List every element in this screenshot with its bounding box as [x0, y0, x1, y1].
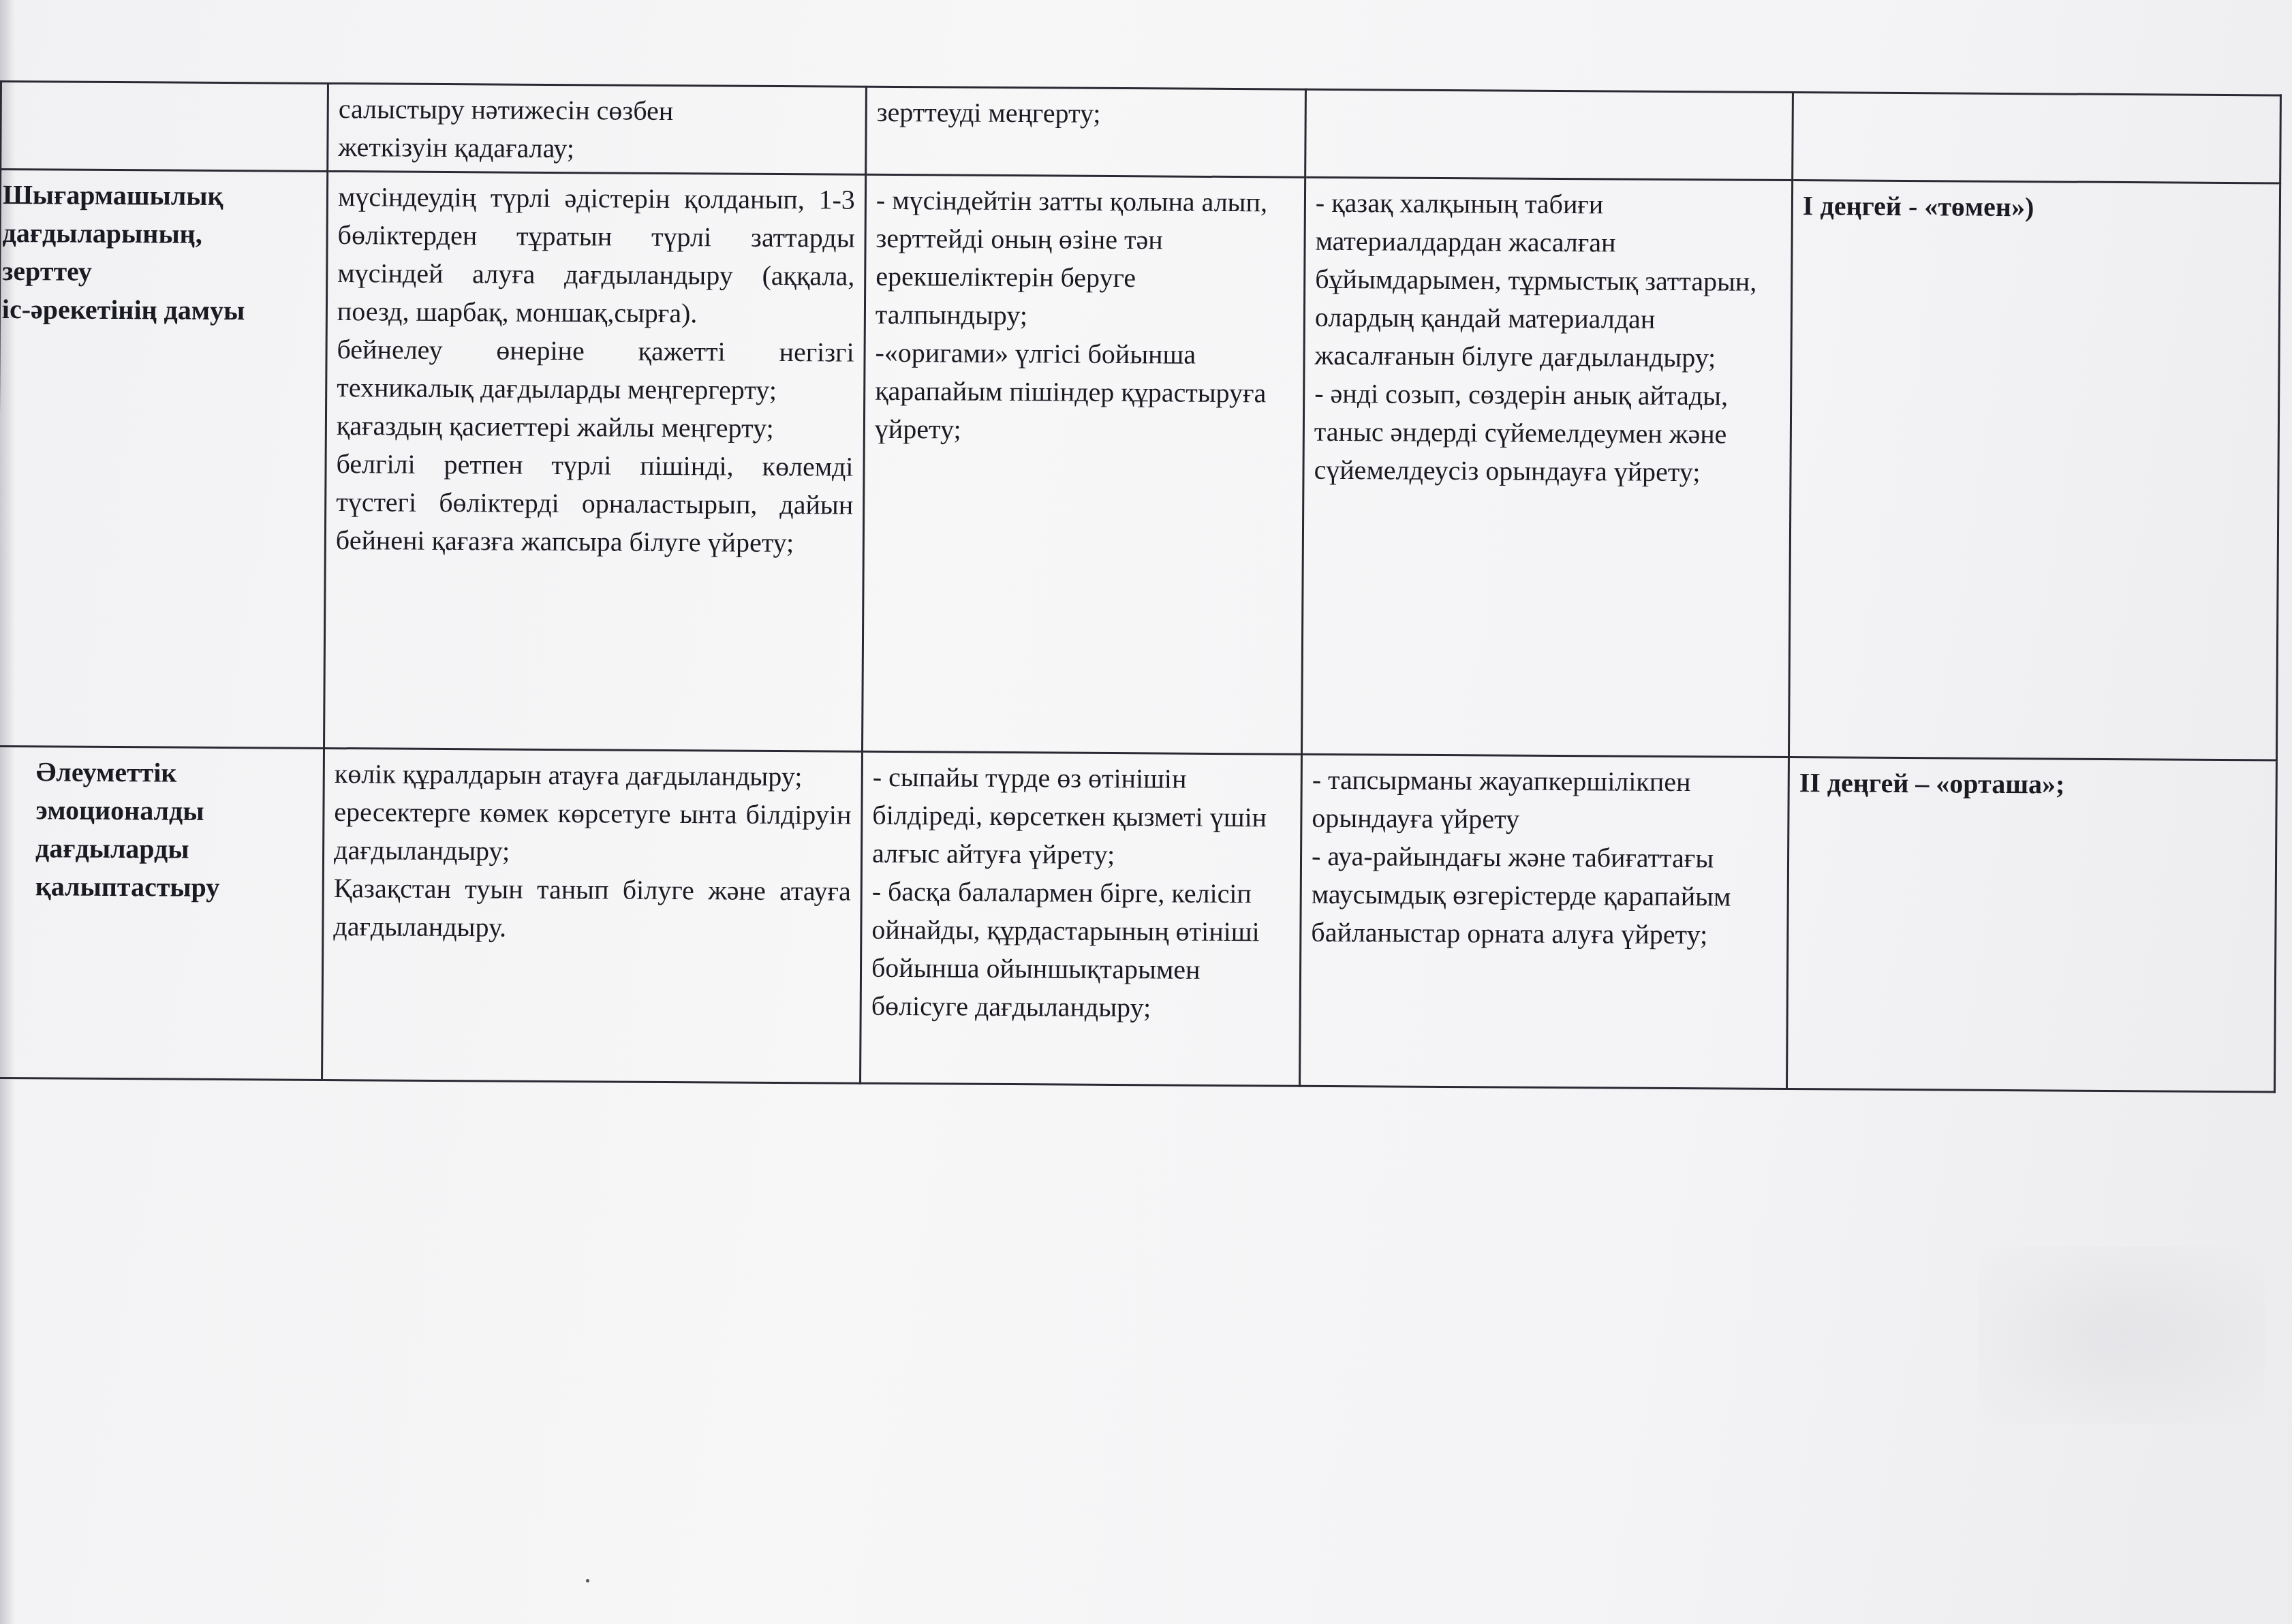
category-cell: Әлеуметтік эмоционалды дағдыларды қалыпт… — [0, 746, 324, 1080]
cell-text: - қазақ халқының табиғи материалдардан ж… — [1314, 184, 1782, 377]
cell-text: ересектерге көмек көрсетуге ынта білдіру… — [334, 793, 852, 873]
activities-cell — [1305, 89, 1793, 180]
cell-text: - әнді созып, сөздерін анық айтады, таны… — [1314, 375, 1780, 492]
level-cell: I деңгей - «төмен») — [1788, 181, 2280, 760]
category-title-line: қалыптастыру — [35, 867, 313, 907]
goals-cell: салыстыру нәтижесін сөзбен жеткізуін қад… — [328, 83, 867, 174]
category-title-line: дағдыларды — [35, 829, 313, 869]
table-row: салыстыру нәтижесін сөзбен жеткізуін қад… — [1, 82, 2281, 183]
tasks-cell: зерттеуді меңгерту; — [866, 87, 1306, 177]
category-title-line: эмоционалды — [35, 791, 313, 830]
cell-text: - тапсырманы жауапкершілікпен орындауға … — [1312, 761, 1778, 840]
paper-speck — [586, 1579, 589, 1582]
cell-text: жеткізуін қадағалау; — [338, 128, 855, 170]
tasks-cell: - мүсіндейтін затты қолына алып, зерттей… — [863, 174, 1305, 754]
level-label: II деңгей – «орташа»; — [1799, 764, 2266, 805]
level-label: I деңгей - «төмен») — [1803, 187, 2270, 228]
table-row: Шығармашылық дағдыларының, зерттеу іс-әр… — [0, 170, 2280, 760]
cell-text: - сыпайы түрде өз өтінішін білдіреді, кө… — [872, 758, 1291, 875]
cell-text: Қазақстан туын танып білуге және атауға … — [333, 869, 851, 949]
tasks-cell: - сыпайы түрде өз өтінішін білдіреді, кө… — [861, 751, 1302, 1086]
cell-text: белгілі ретпен түрлі пішінді, көлемді тү… — [336, 445, 854, 563]
cell-text: - мүсіндейтін затты қолына алып, зерттей… — [876, 181, 1295, 337]
category-title-line: зерттеу — [2, 252, 316, 292]
category-cell — [1, 82, 328, 172]
cell-text: -«оригами» үлгісі бойынша қарапайым піші… — [875, 334, 1294, 451]
cell-text: салыстыру нәтижесін сөзбен — [339, 90, 856, 131]
level-cell: II деңгей – «орташа»; — [1787, 758, 2277, 1092]
category-cell: Шығармашылық дағдыларының, зерттеу іс-әр… — [0, 170, 328, 749]
category-title-line: дағдыларының, — [2, 214, 316, 254]
cell-text: қағаздың қасиеттері жайлы меңгерту; — [337, 407, 854, 448]
development-plan-table: салыстыру нәтижесін сөзбен жеткізуін қад… — [0, 80, 2282, 1093]
cell-text: мүсіндеудің түрлі әдістерін қолданып, 1-… — [337, 178, 855, 334]
level-cell — [1793, 93, 2281, 183]
cell-text: зерттеуді меңгерту; — [877, 93, 1295, 134]
category-title-line: іс-әрекетінің дамуы — [2, 290, 316, 330]
paper-shadow — [1979, 1247, 2265, 1424]
category-title-line: Шығармашылық — [3, 176, 317, 216]
document-table-wrapper: салыстыру нәтижесін сөзбен жеткізуін қад… — [0, 80, 2280, 1093]
cell-text: бейнелеу өнеріне қажетті негізгі техника… — [337, 330, 854, 410]
activities-cell: - қазақ халқының табиғи материалдардан ж… — [1301, 177, 1792, 757]
activities-cell: - тапсырманы жауапкершілікпен орындауға … — [1300, 754, 1789, 1089]
table-row: Әлеуметтік эмоционалды дағдыларды қалыпт… — [0, 746, 2276, 1091]
goals-cell: мүсіндеудің түрлі әдістерін қолданып, 1-… — [324, 171, 866, 751]
cell-text: - басқа балалармен бірге, келісіп ойнайд… — [871, 873, 1290, 1028]
cell-text: көлік құралдарын атауға дағдыландыру; — [335, 755, 852, 796]
category-title-line: Әлеуметтік — [36, 753, 313, 792]
goals-cell: көлік құралдарын атауға дағдыландыру; ер… — [322, 748, 863, 1083]
cell-text: - ауа-райындағы және табиғаттағы маусымд… — [1311, 837, 1778, 954]
